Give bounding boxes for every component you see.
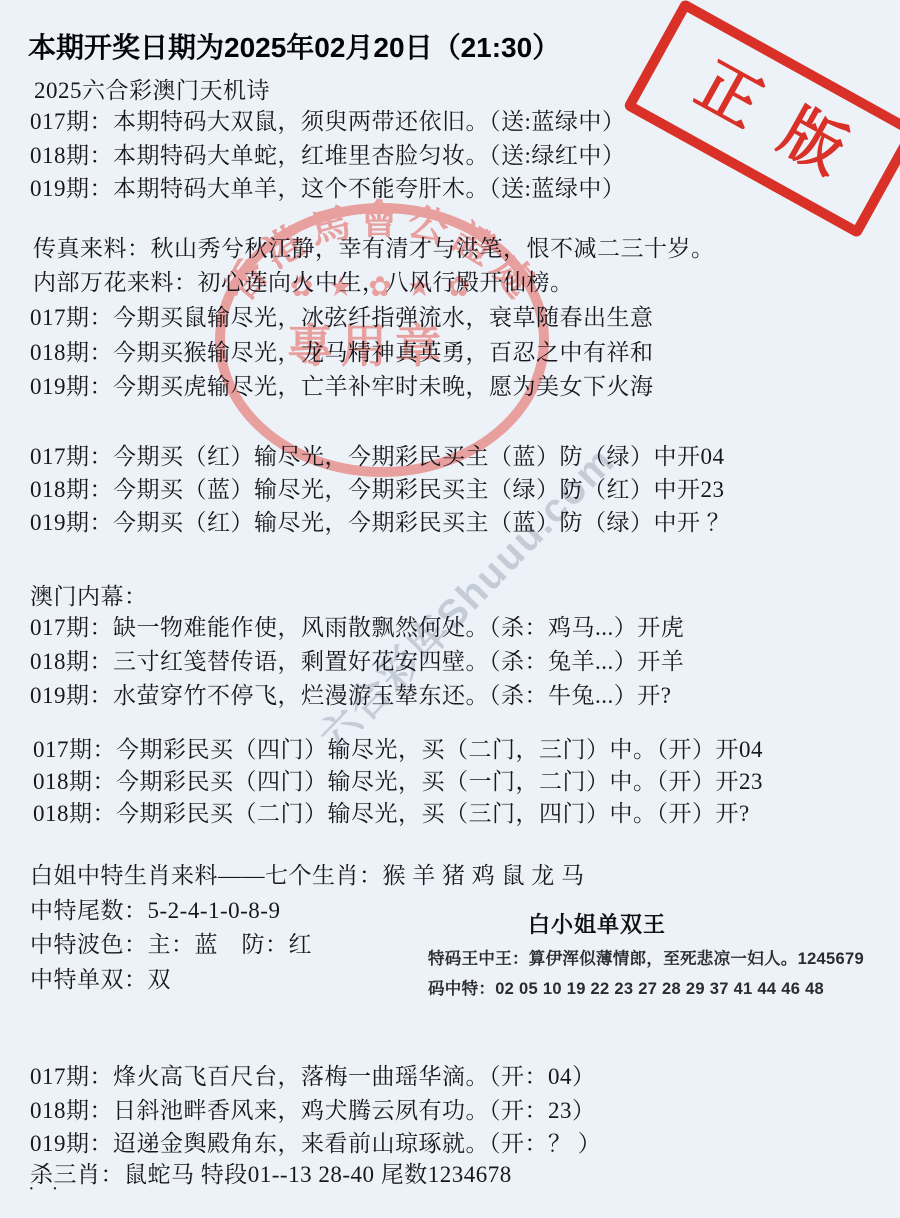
tianji-line-017: 017期：本期特码大双鼠，须臾两带还依旧。（送:蓝绿中） [30, 103, 625, 136]
baijie-odd-even: 中特单双：双 [30, 961, 171, 994]
simen-line-017: 017期：今期彩民买（四门）输尽光，买（二门，三门）中。（开）开04 [33, 731, 763, 764]
baixiaojie-wang-line: 特码王中王：算伊浑似薄情郎，至死悲凉一妇人。1245679 [428, 945, 864, 969]
caimin-line-019: 019期：今期买（红）输尽光，今期彩民买主（蓝）防（绿）中开 ？ [30, 504, 730, 537]
fax-line-019: 019期：今期买虎输尽光，亡羊补牢时未晚，愿为美女下火海 [30, 368, 654, 401]
draw-date-title: 本期开奖日期为2025年02月20日（21:30） [28, 26, 560, 66]
genuine-stamp: 正 版 [623, 0, 900, 239]
footer-dots: · · [28, 1178, 64, 1201]
tianji-line-018: 018期：本期特码大单蛇，红堆里杏脸匀妆。（送:绿红中） [30, 137, 625, 170]
final-line-019: 019期：迢递金舆殿角东，来看前山琼琢就。（开：？ ） [30, 1125, 601, 1158]
fax-line-018: 018期：今期买猴输尽光，龙马精神真英勇，百忍之中有祥和 [30, 334, 654, 367]
final-line-018: 018期：日斜池畔香风来，鸡犬腾云夙有功。（开：23） [30, 1092, 596, 1125]
lottery-tip-sheet: 六合彩库Shuuu.com 香港馬會公證處 ✿ ★ ✿ ★ ✿ 專用章 正 版 … [0, 0, 900, 1218]
kill-three-zodiac-line: 杀三肖：鼠蛇马 特段01--13 28-40 尾数1234678 [30, 1156, 512, 1189]
tianji-heading: 2025六合彩澳门天机诗 [34, 72, 270, 105]
neimu-line-017: 017期：缺一物难能作使，风雨散飘然何处。（杀：鸡马...）开虎 [30, 609, 684, 642]
genuine-stamp-char-1: 正 [687, 53, 771, 137]
simen-line-018: 018期：今期彩民买（四门）输尽光，买（一门，二门）中。（开）开23 [33, 763, 763, 796]
neimu-line-019: 019期：水萤穿竹不停飞，烂漫游玉辇东还。（杀：牛兔...）开? [30, 677, 671, 710]
final-line-017: 017期：烽火高飞百尺台，落梅一曲瑶华滴。（开：04） [30, 1058, 596, 1091]
baixiaojie-numbers-line: 码中特：02 05 10 19 22 23 27 28 29 37 41 44 … [428, 975, 824, 999]
caimin-line-018: 018期：今期买（蓝）输尽光，今期彩民买主（绿）防（红）中开23 [30, 471, 725, 504]
baijie-tail-numbers: 中特尾数：5-2-4-1-0-8-9 [30, 892, 280, 925]
fax-line-1: 传真来料：秋山秀兮秋江静，幸有清才与洪笔，恨不减二三十岁。 [33, 230, 715, 263]
tianji-line-019: 019期：本期特码大单羊，这个不能夸肝木。（送:蓝绿中） [30, 170, 625, 203]
simen-line-018b: 018期：今期彩民买（二门）输尽光，买（三门，四门）中。（开）开? [33, 795, 750, 828]
neimu-line-018: 018期：三寸红笺替传语，剩置好花安四壁。（杀：兔羊...）开羊 [30, 643, 684, 676]
fax-line-2: 内部万花来料：初心莲向火中生，八风行殿开仙榜。 [33, 264, 574, 297]
genuine-stamp-char-2: 版 [771, 100, 855, 184]
baijie-zodiac-line: 白姐中特生肖来料——七个生肖：猴 羊 猪 鸡 鼠 龙 马 [30, 857, 585, 890]
fax-line-017: 017期：今期买鼠输尽光，冰弦纤指弹流水，衰草随春出生意 [30, 299, 654, 332]
neimu-heading: 澳门内幕： [30, 578, 148, 611]
baixiaojie-title: 白小姐单双王 [528, 908, 666, 939]
baijie-wave-color: 中特波色：主：蓝 防：红 [30, 926, 312, 959]
caimin-line-017: 017期：今期买（红）输尽光，今期彩民买主（蓝）防（绿）中开04 [30, 438, 725, 471]
